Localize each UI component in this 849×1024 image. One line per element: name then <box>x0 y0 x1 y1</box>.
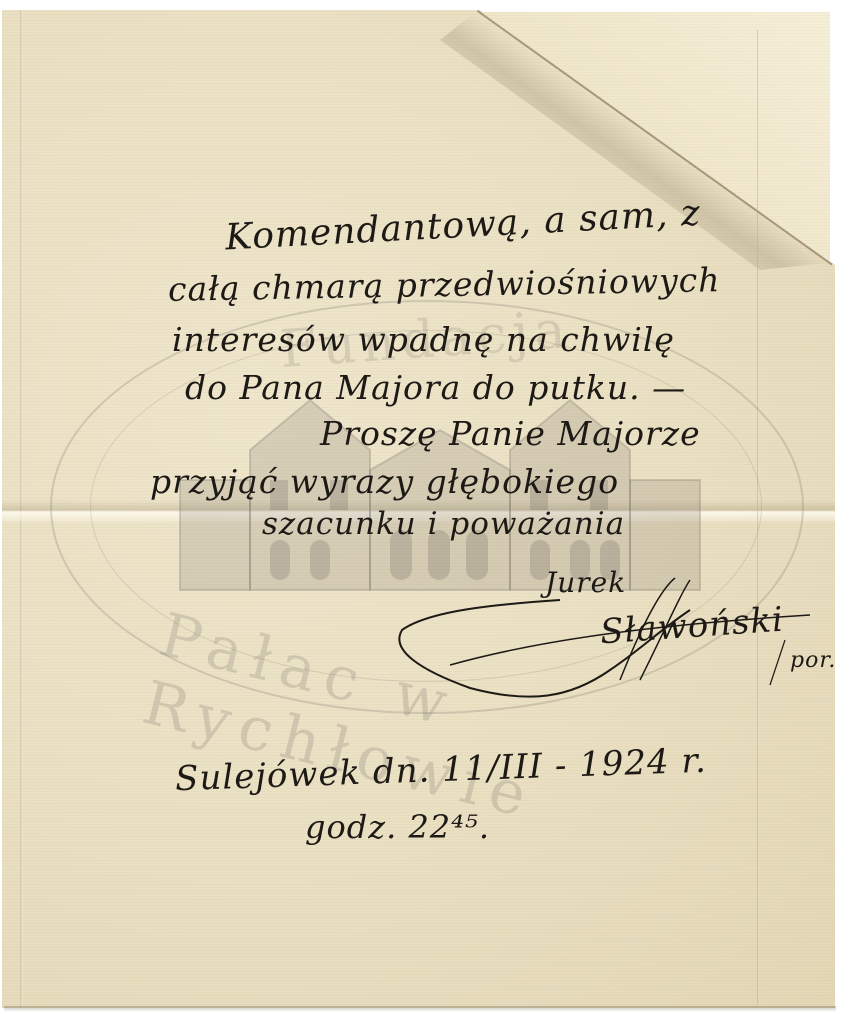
letter-line-6: przyjąć wyrazy głębokiego <box>150 462 619 501</box>
letter-line-5: Proszę Panie Majorze <box>320 414 701 453</box>
time-of-writing: godz. 22⁴⁵. <box>305 808 490 846</box>
margin-ruling-line <box>757 30 758 1005</box>
signature-first-name: Jurek <box>545 566 626 599</box>
letter-line-4: do Pana Majora do putku. — <box>185 368 686 407</box>
paper-bottom-shadow <box>4 1006 836 1012</box>
letter-line-7: szacunku i poważania <box>262 506 625 542</box>
scanned-letter-page: Fundacja <box>0 0 849 1024</box>
signature-rank: por. <box>790 648 836 673</box>
letter-line-3: interesów wpadnę na chwilę <box>172 320 675 359</box>
